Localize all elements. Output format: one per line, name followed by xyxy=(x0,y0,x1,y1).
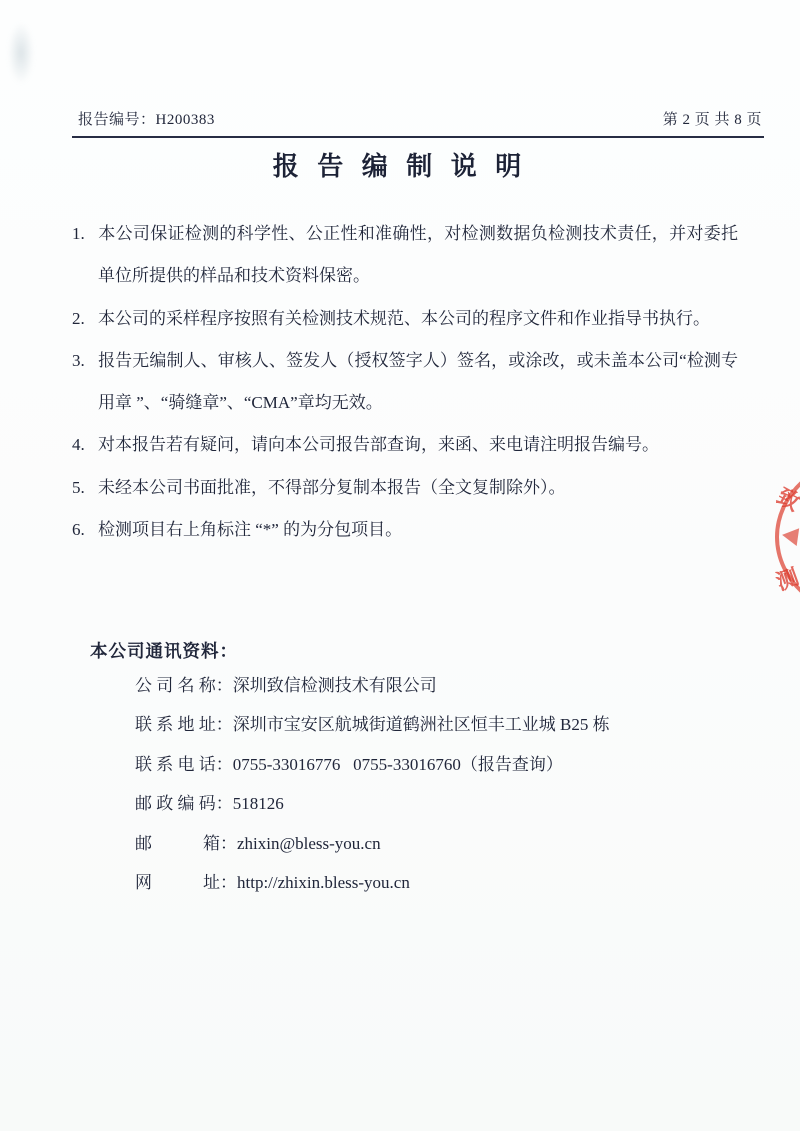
note-text: 对本报告若有疑问，请向本公司报告部查询，来函、来电请注明报告编号。 xyxy=(98,435,659,454)
note-text: 检测项目右上角标注 “*” 的为分包项目。 xyxy=(98,520,402,539)
seal-character-fragment: 致 xyxy=(772,480,800,518)
contact-value: 0755-33016776 0755-33016760（报告查询） xyxy=(233,755,563,774)
seal-star-icon xyxy=(781,526,799,546)
scanned-report-page: 报告编号：H200383 第 2 页 共 8 页 报 告 编 制 说 明 1.本… xyxy=(0,0,800,1131)
note-text: 未经本公司书面批准，不得部分复制本报告（全文复制除外）。 xyxy=(98,478,566,497)
note-number: 5. xyxy=(72,467,92,509)
note-item: 4.对本报告若有疑问，请向本公司报告部查询，来函、来电请注明报告编号。 xyxy=(72,424,738,466)
note-text: 本公司保证检测的科学性、公正性和准确性，对检测数据负检测技术责任，并对委托单位所… xyxy=(98,224,738,285)
contact-value: zhixin@bless-you.cn xyxy=(237,834,381,853)
contact-row-phone: 联 系 电 话：0755-33016776 0755-33016760（报告查询… xyxy=(135,745,735,784)
contact-label: 网 址： xyxy=(135,873,237,892)
contact-row-company-name: 公 司 名 称：深圳致信检测技术有限公司 xyxy=(135,666,735,705)
note-number: 2. xyxy=(72,298,92,340)
note-number: 4. xyxy=(72,424,92,466)
contact-row-postcode: 邮 政 编 码：518126 xyxy=(135,784,735,823)
note-text: 报告无编制人、审核人、签发人（授权签字人）签名，或涂改，或未盖本公司“检测专用章… xyxy=(98,351,738,412)
note-item: 2.本公司的采样程序按照有关检测技术规范、本公司的程序文件和作业指导书执行。 xyxy=(72,298,738,340)
contact-value: http://zhixin.bless-you.cn xyxy=(237,873,410,892)
seal-character-fragment: 测 xyxy=(771,560,800,597)
seal-ring-icon xyxy=(775,455,800,619)
contact-info-list: 公 司 名 称：深圳致信检测技术有限公司 联 系 地 址：深圳市宝安区航城街道鹤… xyxy=(135,666,735,902)
header-divider xyxy=(72,136,764,138)
note-text: 本公司的采样程序按照有关检测技术规范、本公司的程序文件和作业指导书执行。 xyxy=(98,309,710,328)
note-number: 1. xyxy=(72,213,92,255)
note-number: 3. xyxy=(72,340,92,382)
contact-value: 深圳市宝安区航城街道鹤洲社区恒丰工业城 B25 栋 xyxy=(233,715,610,734)
page-header: 报告编号：H200383 第 2 页 共 8 页 xyxy=(72,106,764,130)
page-title: 报 告 编 制 说 明 xyxy=(0,146,800,183)
contact-row-address: 联 系 地 址：深圳市宝安区航城街道鹤洲社区恒丰工业城 B25 栋 xyxy=(135,705,735,744)
scan-smudge xyxy=(8,22,34,84)
report-number: 报告编号：H200383 xyxy=(78,108,215,129)
red-seal-fragment: 致 测 xyxy=(766,445,800,621)
contact-label: 联 系 电 话： xyxy=(135,755,233,774)
contact-value: 深圳致信检测技术有限公司 xyxy=(233,676,437,695)
contact-label: 联 系 地 址： xyxy=(135,715,233,734)
note-item: 6.检测项目右上角标注 “*” 的为分包项目。 xyxy=(72,509,738,551)
note-item: 1.本公司保证检测的科学性、公正性和准确性，对检测数据负检测技术责任，并对委托单… xyxy=(72,213,738,298)
contact-section-heading: 本公司通讯资料： xyxy=(90,638,238,663)
contact-label: 邮 政 编 码： xyxy=(135,794,233,813)
page-indicator: 第 2 页 共 8 页 xyxy=(663,108,762,129)
note-item: 3.报告无编制人、审核人、签发人（授权签字人）签名，或涂改，或未盖本公司“检测专… xyxy=(72,340,738,425)
contact-row-email: 邮 箱：zhixin@bless-you.cn xyxy=(135,824,735,863)
notes-list: 1.本公司保证检测的科学性、公正性和准确性，对检测数据负检测技术责任，并对委托单… xyxy=(72,213,738,551)
contact-value: 518126 xyxy=(233,794,284,813)
note-item: 5.未经本公司书面批准，不得部分复制本报告（全文复制除外）。 xyxy=(72,467,738,509)
note-number: 6. xyxy=(72,509,92,551)
contact-label: 公 司 名 称： xyxy=(135,676,233,695)
contact-label: 邮 箱： xyxy=(135,834,237,853)
contact-row-website: 网 址：http://zhixin.bless-you.cn xyxy=(135,863,735,902)
